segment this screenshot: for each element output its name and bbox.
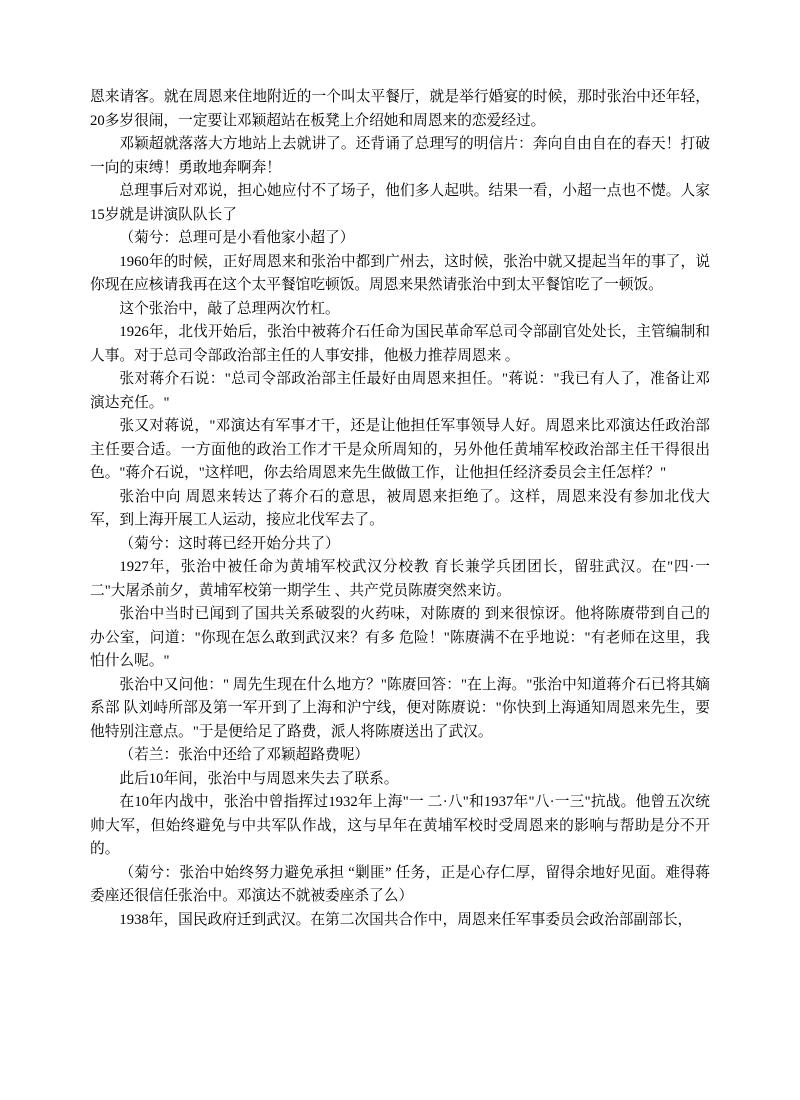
paragraph: 总理事后对邓说，担心她应付不了场子，他们多人起哄。结果一看，小超一点也不憷。人家… [90, 180, 710, 227]
paragraph-continuation: 恩来请客。就在周恩来住地附近的一个叫太平餐厅，就是举行婚宴的时候，那时张治中还年… [90, 86, 710, 133]
paragraph: 邓颖超就落落大方地站上去就讲了。还背诵了总理写的明信片：奔向自由自在的春天！打破… [90, 133, 710, 180]
paragraph: 这个张治中，敲了总理两次竹杠。 [90, 298, 710, 322]
paragraph: 1938年，国民政府迁到武汉。在第二次国共合作中，周恩来任军事委员会政治部副部长… [90, 909, 710, 933]
paragraph: 张治中向 周恩来转达了蒋介石的意思，被周恩来拒绝了。这样，周恩来没有参加北伐大军… [90, 486, 710, 533]
paragraph: 张治中又问他：" 周先生现在什么地方？"陈赓回答："在上海。"张治中知道蒋介石已… [90, 674, 710, 745]
paragraph: 1960年的时候，正好周恩来和张治中都到广州去，这时候，张治中就又提起当年的事了… [90, 251, 710, 298]
document-page: 恩来请客。就在周恩来住地附近的一个叫太平餐厅，就是举行婚宴的时候，那时张治中还年… [0, 0, 800, 1100]
paragraph: 张又对蒋说，"邓演达有军事才干，还是让他担任军事领导人好。周恩来比邓演达任政治部… [90, 415, 710, 486]
reader-annotation: （菊兮：这时蒋已经开始分共了） [90, 533, 710, 557]
paragraph: 张治中当时已闻到了国共关系破裂的火药味，对陈赓的 到来很惊讶。他将陈赓带到自己的… [90, 603, 710, 674]
reader-annotation: （菊兮：张治中始终努力避免承担 “剿匪” 任务，正是心存仁厚，留得余地好见面。难… [90, 862, 710, 909]
paragraph: 在10年内战中，张治中曾指挥过1932年上海"一 二·八"和1937年"八·一三… [90, 791, 710, 862]
paragraph: 此后10年间，张治中与周恩来失去了联系。 [90, 768, 710, 792]
paragraph: 1927年，张治中被任命为黄埔军校武汉分校教 育长兼学兵团团长，留驻武汉。在"四… [90, 556, 710, 603]
reader-annotation: （菊兮：总理可是小看他家小超了） [90, 227, 710, 251]
reader-annotation: （若兰：张治中还给了邓颖超路费呢） [90, 744, 710, 768]
paragraph: 张对蒋介石说："总司令部政治部主任最好由周恩来担任。"蒋说："我已有人了，准备让… [90, 368, 710, 415]
paragraph: 1926年，北伐开始后，张治中被蒋介石任命为国民革命军总司令部副官处处长，主管编… [90, 321, 710, 368]
